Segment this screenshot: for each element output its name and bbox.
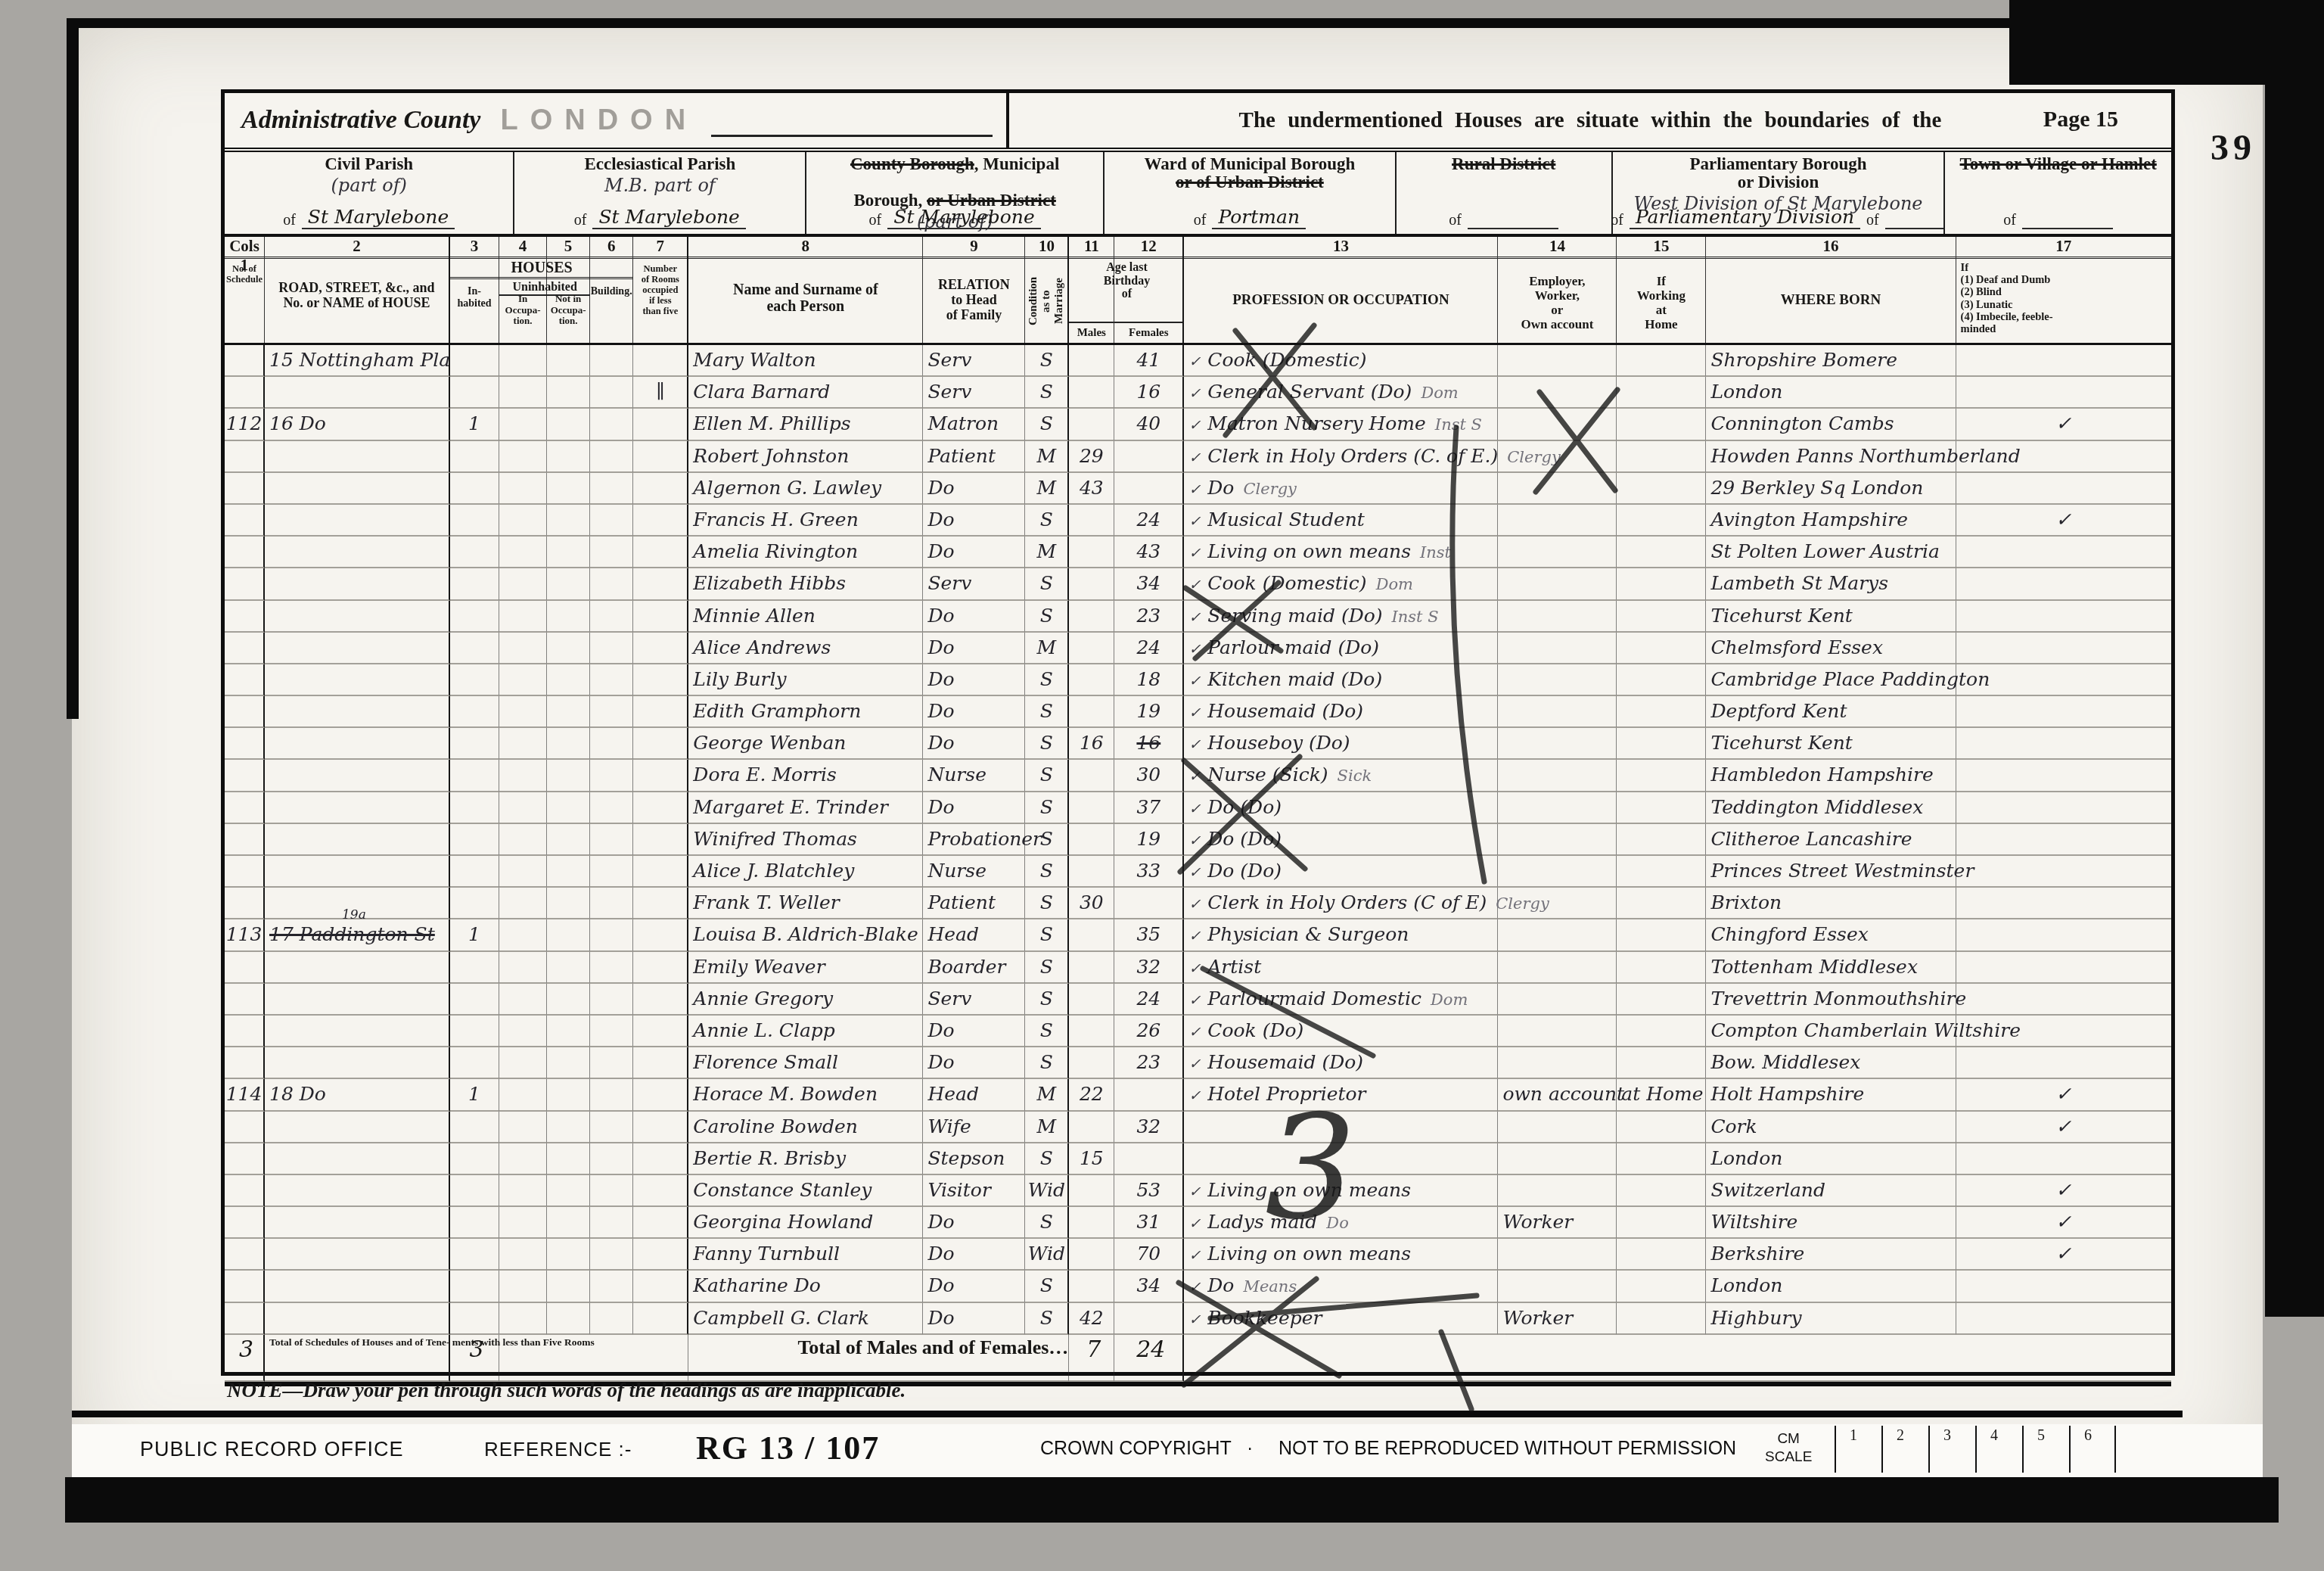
cell-employer	[1498, 345, 1617, 377]
admin-county-label: Administrative County	[241, 106, 480, 135]
cell-rooms	[633, 1207, 688, 1239]
cell-age-female: 37	[1114, 792, 1184, 824]
cell-condition: Wid	[1025, 1175, 1069, 1207]
cell-uninhabited-not-occupation	[547, 952, 590, 984]
cm-scale-tick: 4	[1975, 1426, 2022, 1473]
census-row: Annie L. ClappDoS26✓Cook (Do)Compton Cha…	[225, 1016, 2171, 1047]
cell-infirmity	[1956, 537, 2171, 568]
cell-rooms	[633, 824, 688, 856]
cell-at-home	[1617, 473, 1706, 505]
cell-age-male	[1069, 984, 1114, 1016]
cell-building	[590, 824, 633, 856]
cell-inhabited	[450, 1271, 499, 1302]
census-row: Alice J. BlatchleyNurseS33✓Do (Do)Prince…	[225, 856, 2171, 888]
cell-infirmity	[1956, 856, 2171, 888]
cell-occupation: ✓Ladys maidDo	[1184, 1207, 1498, 1239]
cell-relation: Nurse	[923, 760, 1025, 792]
cell-infirmity	[1956, 1303, 2171, 1335]
cell-where-born: Trevettrin Monmouthshire	[1706, 984, 1956, 1016]
cell-occupation: ✓Bookkeeper	[1184, 1303, 1498, 1335]
cell-rooms	[633, 792, 688, 824]
cell-occupation: ✓Serving maid (Do)Inst S	[1184, 601, 1498, 633]
cell-schedule	[225, 1016, 265, 1047]
cell-age-male	[1069, 568, 1114, 600]
cell-age-male: 30	[1069, 888, 1114, 919]
cell-at-home	[1617, 1239, 1706, 1271]
cell-at-home	[1617, 1271, 1706, 1302]
cell-age-male: 16	[1069, 728, 1114, 760]
cell-age-male	[1069, 760, 1114, 792]
colhead-where-born: 16WHERE BORN	[1706, 237, 1956, 343]
cell-address: 16 Do	[265, 409, 450, 440]
cell-age-female	[1114, 1079, 1184, 1111]
cell-employer: Worker	[1498, 1207, 1617, 1239]
cell-rooms	[633, 1175, 688, 1207]
struck-county-borough: County Borough	[850, 154, 974, 173]
cell-condition: M	[1025, 473, 1069, 505]
cell-age-male	[1069, 409, 1114, 440]
cell-occupation: ✓Housemaid (Do)	[1184, 1047, 1498, 1079]
parliamentary-division-value: Parliamentary Division	[1630, 206, 1860, 229]
cell-condition: S	[1025, 728, 1069, 760]
cell-age-male	[1069, 952, 1114, 984]
cell-age-female: 70	[1114, 1239, 1184, 1271]
check-mark-icon: ✓	[1188, 1215, 1201, 1232]
of-label: of	[1613, 212, 1623, 229]
cell-uninhabited-in-occupation	[499, 537, 547, 568]
cell-age-female: 19	[1114, 696, 1184, 728]
cell-where-born: Deptford Kent	[1706, 696, 1956, 728]
cell-relation: Do	[923, 1016, 1025, 1047]
pencil-annotation: Clergy	[1243, 480, 1297, 498]
cell-at-home	[1617, 601, 1706, 633]
cell-schedule	[225, 952, 265, 984]
cell-name: Louisa B. Aldrich-Blake	[688, 919, 923, 951]
cell-occupation: ✓General Servant (Do)Dom	[1184, 377, 1498, 409]
cell-infirmity: ✓	[1956, 1239, 2171, 1271]
cell-name: Francis H. Green	[688, 505, 923, 537]
cell-employer	[1498, 856, 1617, 888]
cm-scale-ruler: 123456	[1835, 1426, 2116, 1473]
cell-condition: Wid	[1025, 1239, 1069, 1271]
cell-uninhabited-not-occupation	[547, 633, 590, 664]
cell-schedule	[225, 1303, 265, 1335]
cell-relation: Matron	[923, 409, 1025, 440]
parliamentary-borough-cell: Parliamentary Boroughor Division West Di…	[1613, 152, 1946, 234]
census-row: Lily BurlyDoS18✓Kitchen maid (Do)Cambrid…	[225, 664, 2171, 696]
cell-where-born: Lambeth St Marys	[1706, 568, 1956, 600]
cell-relation: Boarder	[923, 952, 1025, 984]
of-label: of	[1449, 212, 1462, 229]
census-row: Francis H. GreenDoS24✓Musical StudentAvi…	[225, 505, 2171, 537]
census-row: Annie GregoryServS24✓Parlourmaid Domesti…	[225, 984, 2171, 1016]
cell-rooms: ∥	[633, 377, 688, 409]
cell-employer	[1498, 888, 1617, 919]
cell-at-home	[1617, 824, 1706, 856]
pencil-annotation: Dom	[1431, 991, 1468, 1009]
cell-employer	[1498, 441, 1617, 473]
cell-age-female: 34	[1114, 568, 1184, 600]
cell-condition: M	[1025, 1079, 1069, 1111]
check-mark-icon: ✓	[1188, 513, 1201, 530]
cell-address	[265, 1303, 450, 1335]
cell-occupation: ✓Living on own means	[1184, 1175, 1498, 1207]
cell-condition: S	[1025, 377, 1069, 409]
colhead-working-at-home: 15If Working at Home	[1617, 237, 1706, 343]
cell-schedule	[225, 345, 265, 377]
cell-infirmity: ✓	[1956, 1112, 2171, 1143]
cell-age-male	[1069, 1271, 1114, 1302]
admin-county-underline	[711, 104, 993, 137]
cell-uninhabited-in-occupation	[499, 728, 547, 760]
cell-age-male	[1069, 1207, 1114, 1239]
cell-name: Ellen M. Phillips	[688, 409, 923, 440]
cell-uninhabited-not-occupation	[547, 760, 590, 792]
check-mark-icon: ✓	[1188, 1311, 1201, 1328]
colhead-relation: 9RELATION to Head of Family	[923, 237, 1025, 343]
pencil-annotation: Inst S	[1392, 608, 1439, 626]
cell-condition: S	[1025, 1016, 1069, 1047]
cell-inhabited	[450, 441, 499, 473]
cell-age-female: 24	[1114, 984, 1184, 1016]
rural-district-cell: Rural District of	[1397, 152, 1613, 234]
cell-inhabited: 1	[450, 919, 499, 951]
cell-uninhabited-not-occupation	[547, 601, 590, 633]
totals-males: 7	[1069, 1335, 1114, 1382]
cell-infirmity	[1956, 1016, 2171, 1047]
cell-inhabited	[450, 856, 499, 888]
check-mark-icon: ✓	[1188, 736, 1201, 753]
cell-uninhabited-in-occupation	[499, 377, 547, 409]
cell-where-born: Teddington Middlesex	[1706, 792, 1956, 824]
undermentioned-cell: The undermentioned Houses are situate wi…	[1009, 93, 2171, 148]
cell-age-male	[1069, 601, 1114, 633]
ward-title: Ward of Municipal Boroughor of Urban Dis…	[1105, 155, 1395, 191]
cell-inhabited	[450, 1112, 499, 1143]
cell-employer	[1498, 824, 1617, 856]
census-row: Winifred ThomasProbationerS19✓Do (Do)Cli…	[225, 824, 2171, 856]
blank-underline	[2022, 210, 2113, 229]
colhead-infirmity: 17If (1) Deaf and Dumb (2) Blind (3) Lun…	[1956, 237, 2171, 343]
cell-where-born: Berkshire	[1706, 1239, 1956, 1271]
municipal-borough-title: County Borough, Municipal Borough, or Ur…	[806, 155, 1103, 210]
cell-relation: Do	[923, 1303, 1025, 1335]
civil-parish-handwriting: (part of)	[225, 175, 513, 196]
cell-age-female: 35	[1114, 919, 1184, 951]
cell-age-male	[1069, 377, 1114, 409]
census-row: Amelia RivingtonDoM43✓Living on own mean…	[225, 537, 2171, 568]
cell-where-born: St Polten Lower Austria	[1706, 537, 1956, 568]
cell-name: Winifred Thomas	[688, 824, 923, 856]
cell-age-female: 23	[1114, 601, 1184, 633]
cell-rooms	[633, 505, 688, 537]
municipal-borough-value: St Marylebone	[887, 206, 1040, 229]
colhead-road-street: 2ROAD, STREET, &c., and No. or NAME of H…	[265, 237, 450, 343]
cell-rooms	[633, 952, 688, 984]
struck-town-village-hamlet: Town or Village or Hamlet	[1945, 155, 2170, 173]
cell-at-home	[1617, 409, 1706, 440]
cell-schedule	[225, 1207, 265, 1239]
cell-uninhabited-in-occupation	[499, 792, 547, 824]
cell-name: Florence Small	[688, 1047, 923, 1079]
cell-age-male	[1069, 919, 1114, 951]
cell-condition: S	[1025, 792, 1069, 824]
cell-relation: Do	[923, 1239, 1025, 1271]
reference-label: REFERENCE :-	[484, 1438, 632, 1461]
cell-inhabited	[450, 1047, 499, 1079]
colhead-condition: 10Condition as to Marriage	[1025, 237, 1069, 343]
bottom-rule	[72, 1411, 2183, 1417]
cell-inhabited	[450, 1016, 499, 1047]
cell-uninhabited-in-occupation	[499, 1016, 547, 1047]
census-row: Margaret E. TrinderDoS37✓Do (Do)Teddingt…	[225, 792, 2171, 824]
census-row: Emily WeaverBoarderS32✓ArtistTottenham M…	[225, 952, 2171, 984]
pencil-annotation: Inst	[1420, 543, 1451, 562]
cell-infirmity	[1956, 664, 2171, 696]
cell-at-home	[1617, 345, 1706, 377]
cell-relation: Patient	[923, 441, 1025, 473]
cell-inhabited: 1	[450, 1079, 499, 1111]
cell-where-born: Howden Panns Northumberland	[1706, 441, 1956, 473]
cell-at-home	[1617, 1207, 1706, 1239]
census-row: George WenbanDoS1616✓Houseboy (Do)Ticehu…	[225, 728, 2171, 760]
cell-infirmity	[1956, 633, 2171, 664]
cell-at-home: at Home	[1617, 1079, 1706, 1111]
address-note: 19a	[342, 907, 366, 922]
ward-value: Portman	[1212, 206, 1306, 229]
cell-age-male	[1069, 824, 1114, 856]
cell-address	[265, 1175, 450, 1207]
cell-uninhabited-not-occupation	[547, 1047, 590, 1079]
cell-employer	[1498, 1047, 1617, 1079]
cell-relation: Head	[923, 919, 1025, 951]
cell-address	[265, 952, 450, 984]
cell-schedule	[225, 760, 265, 792]
check-mark-icon: ✓	[1188, 385, 1201, 402]
cell-condition: S	[1025, 888, 1069, 919]
cell-infirmity	[1956, 1047, 2171, 1079]
cell-uninhabited-in-occupation	[499, 1303, 547, 1335]
cell-rooms	[633, 409, 688, 440]
totals-schedules-count: 3	[225, 1335, 265, 1382]
of-label: of	[1866, 212, 1879, 229]
totals-empty	[1184, 1335, 2170, 1382]
census-row: Caroline BowdenWifeM32Cork✓	[225, 1112, 2171, 1143]
cell-age-female: 33	[1114, 856, 1184, 888]
cell-at-home	[1617, 537, 1706, 568]
cell-building	[590, 888, 633, 919]
cell-relation: Do	[923, 1047, 1025, 1079]
cell-at-home	[1617, 792, 1706, 824]
cell-where-born: Clitheroe Lancashire	[1706, 824, 1956, 856]
ecclesiastical-parish-title: Ecclesiastical Parish	[514, 155, 805, 173]
cell-occupation: ✓Kitchen maid (Do)	[1184, 664, 1498, 696]
cell-inhabited	[450, 377, 499, 409]
cell-address	[265, 1112, 450, 1143]
cell-infirmity	[1956, 888, 2171, 919]
cell-where-born: 29 Berkley Sq London	[1706, 473, 1956, 505]
cell-building	[590, 1143, 633, 1175]
cell-employer	[1498, 664, 1617, 696]
cell-address	[265, 792, 450, 824]
cell-relation: Do	[923, 696, 1025, 728]
cell-uninhabited-not-occupation	[547, 1239, 590, 1271]
cell-infirmity	[1956, 952, 2171, 984]
cell-uninhabited-not-occupation	[547, 1207, 590, 1239]
cell-infirmity	[1956, 792, 2171, 824]
cell-schedule	[225, 1239, 265, 1271]
census-row: Edith GramphornDoS19✓Housemaid (Do)Deptf…	[225, 696, 2171, 728]
cell-condition: M	[1025, 633, 1069, 664]
cell-schedule	[225, 728, 265, 760]
cell-name: Annie Gregory	[688, 984, 923, 1016]
check-mark-icon: ✓	[1188, 832, 1201, 849]
cell-age-female: 16	[1114, 728, 1184, 760]
footnote: NOTE—Draw your pen through such words of…	[227, 1379, 906, 1402]
cell-at-home	[1617, 1303, 1706, 1335]
uninhabited-group-label: Uninhabited	[499, 281, 590, 296]
cell-at-home	[1617, 984, 1706, 1016]
census-row: 15 Nottingham PlaMary WaltonServS41✓Cook…	[225, 345, 2171, 377]
cell-occupation: ✓Matron Nursery HomeInst S	[1184, 409, 1498, 440]
pencil-annotation: Means	[1243, 1277, 1297, 1296]
cell-where-born: Ticehurst Kent	[1706, 601, 1956, 633]
cell-name: Alice Andrews	[688, 633, 923, 664]
cell-name: Algernon G. Lawley	[688, 473, 923, 505]
cell-building	[590, 409, 633, 440]
cell-occupation: ✓DoMeans	[1184, 1271, 1498, 1302]
cell-rooms	[633, 1239, 688, 1271]
cell-relation: Do	[923, 1271, 1025, 1302]
cell-uninhabited-in-occupation	[499, 1079, 547, 1111]
cell-age-male	[1069, 664, 1114, 696]
cell-occupation: ✓Nurse (Sick)Sick	[1184, 760, 1498, 792]
colhead-name-surname: 8Name and Surname of each Person	[688, 237, 923, 343]
cell-infirmity	[1956, 1271, 2171, 1302]
cell-condition: S	[1025, 409, 1069, 440]
cell-name: Bertie R. Brisby	[688, 1143, 923, 1175]
cell-where-born: Compton Chamberlain Wiltshire	[1706, 1016, 1956, 1047]
cell-name: Frank T. Weller	[688, 888, 923, 919]
cell-where-born: Brixton	[1706, 888, 1956, 919]
cell-where-born: Wiltshire	[1706, 1207, 1956, 1239]
film-edge-left	[67, 23, 79, 719]
cell-uninhabited-not-occupation	[547, 1143, 590, 1175]
cell-occupation: ✓Clerk in Holy Orders (C. of E.)Clergy	[1184, 441, 1498, 473]
cell-condition: S	[1025, 984, 1069, 1016]
cell-infirmity: ✓	[1956, 1079, 2171, 1111]
cell-inhabited	[450, 760, 499, 792]
cell-name: George Wenban	[688, 728, 923, 760]
pencil-annotation: Do	[1326, 1214, 1348, 1232]
cell-where-born: Cambridge Place Paddington	[1706, 664, 1956, 696]
cell-age-female: 26	[1114, 1016, 1184, 1047]
cell-name: Elizabeth Hibbs	[688, 568, 923, 600]
cell-age-female	[1114, 888, 1184, 919]
cm-scale-tick: 2	[1881, 1426, 1928, 1473]
cell-where-born: Ticehurst Kent	[1706, 728, 1956, 760]
cell-relation: Do	[923, 505, 1025, 537]
cell-building	[590, 919, 633, 951]
cell-relation: Do	[923, 664, 1025, 696]
cell-rooms	[633, 568, 688, 600]
pencil-annotation: Dom	[1421, 384, 1458, 402]
census-row: Georgina HowlandDoS31✓Ladys maidDoWorker…	[225, 1207, 2171, 1239]
cell-occupation: ✓Parlourmaid DomesticDom	[1184, 984, 1498, 1016]
cell-occupation: ✓Houseboy (Do)	[1184, 728, 1498, 760]
cell-condition: M	[1025, 537, 1069, 568]
cell-relation: Do	[923, 601, 1025, 633]
cell-occupation: ✓Clerk in Holy Orders (C of E)Clergy	[1184, 888, 1498, 919]
cell-at-home	[1617, 377, 1706, 409]
cell-age-male	[1069, 1047, 1114, 1079]
cell-uninhabited-in-occupation	[499, 984, 547, 1016]
cell-condition: S	[1025, 601, 1069, 633]
cell-uninhabited-not-occupation	[547, 409, 590, 440]
cell-address	[265, 664, 450, 696]
cell-occupation: ✓Living on own means	[1184, 1239, 1498, 1271]
cell-employer	[1498, 633, 1617, 664]
cell-where-born: Avington Hampshire	[1706, 505, 1956, 537]
cell-address	[265, 1143, 450, 1175]
cell-building	[590, 792, 633, 824]
cell-address	[265, 1047, 450, 1079]
cell-condition: S	[1025, 1143, 1069, 1175]
census-row: Dora E. MorrisNurseS30✓Nurse (Sick)SickH…	[225, 760, 2171, 792]
cell-occupation: ✓Cook (Do)	[1184, 1016, 1498, 1047]
cell-uninhabited-in-occupation	[499, 633, 547, 664]
cell-uninhabited-not-occupation	[547, 728, 590, 760]
cell-occupation	[1184, 1143, 1498, 1175]
cell-at-home	[1617, 696, 1706, 728]
cell-schedule	[225, 473, 265, 505]
cell-schedule	[225, 441, 265, 473]
census-row: Bertie R. BrisbyStepsonS15London	[225, 1143, 2171, 1175]
cell-age-male: 29	[1069, 441, 1114, 473]
cell-building	[590, 728, 633, 760]
cell-rooms	[633, 633, 688, 664]
cm-scale-tick: 1	[1835, 1426, 1881, 1473]
cell-at-home	[1617, 952, 1706, 984]
civil-parish-cell: Civil Parish (part of) ofSt Marylebone	[225, 152, 514, 234]
cell-employer	[1498, 1271, 1617, 1302]
cell-building	[590, 568, 633, 600]
cell-address	[265, 728, 450, 760]
cell-employer	[1498, 728, 1617, 760]
check-mark-icon: ✓	[1188, 928, 1201, 944]
cell-relation: Serv	[923, 345, 1025, 377]
cell-where-born: Chelmsford Essex	[1706, 633, 1956, 664]
cell-age-male: 15	[1069, 1143, 1114, 1175]
cell-address: 15 Nottingham Pla	[265, 345, 450, 377]
totals-empty	[499, 1335, 688, 1382]
cell-relation: Do	[923, 792, 1025, 824]
cell-schedule	[225, 856, 265, 888]
cell-condition: S	[1025, 1271, 1069, 1302]
cell-relation: Serv	[923, 568, 1025, 600]
cell-occupation	[1184, 1112, 1498, 1143]
cell-age-male	[1069, 1112, 1114, 1143]
census-row: Florence SmallDoS23✓Housemaid (Do)Bow. M…	[225, 1047, 2171, 1079]
cell-where-born: Chingford Essex	[1706, 919, 1956, 951]
reproduction-notice: NOT TO BE REPRODUCED WITHOUT PERMISSION	[1279, 1438, 1736, 1460]
cell-age-male	[1069, 792, 1114, 824]
cell-age-female: 31	[1114, 1207, 1184, 1239]
cell-address	[265, 856, 450, 888]
cell-name: Robert Johnston	[688, 441, 923, 473]
cell-employer	[1498, 537, 1617, 568]
cell-uninhabited-in-occupation	[499, 1271, 547, 1302]
